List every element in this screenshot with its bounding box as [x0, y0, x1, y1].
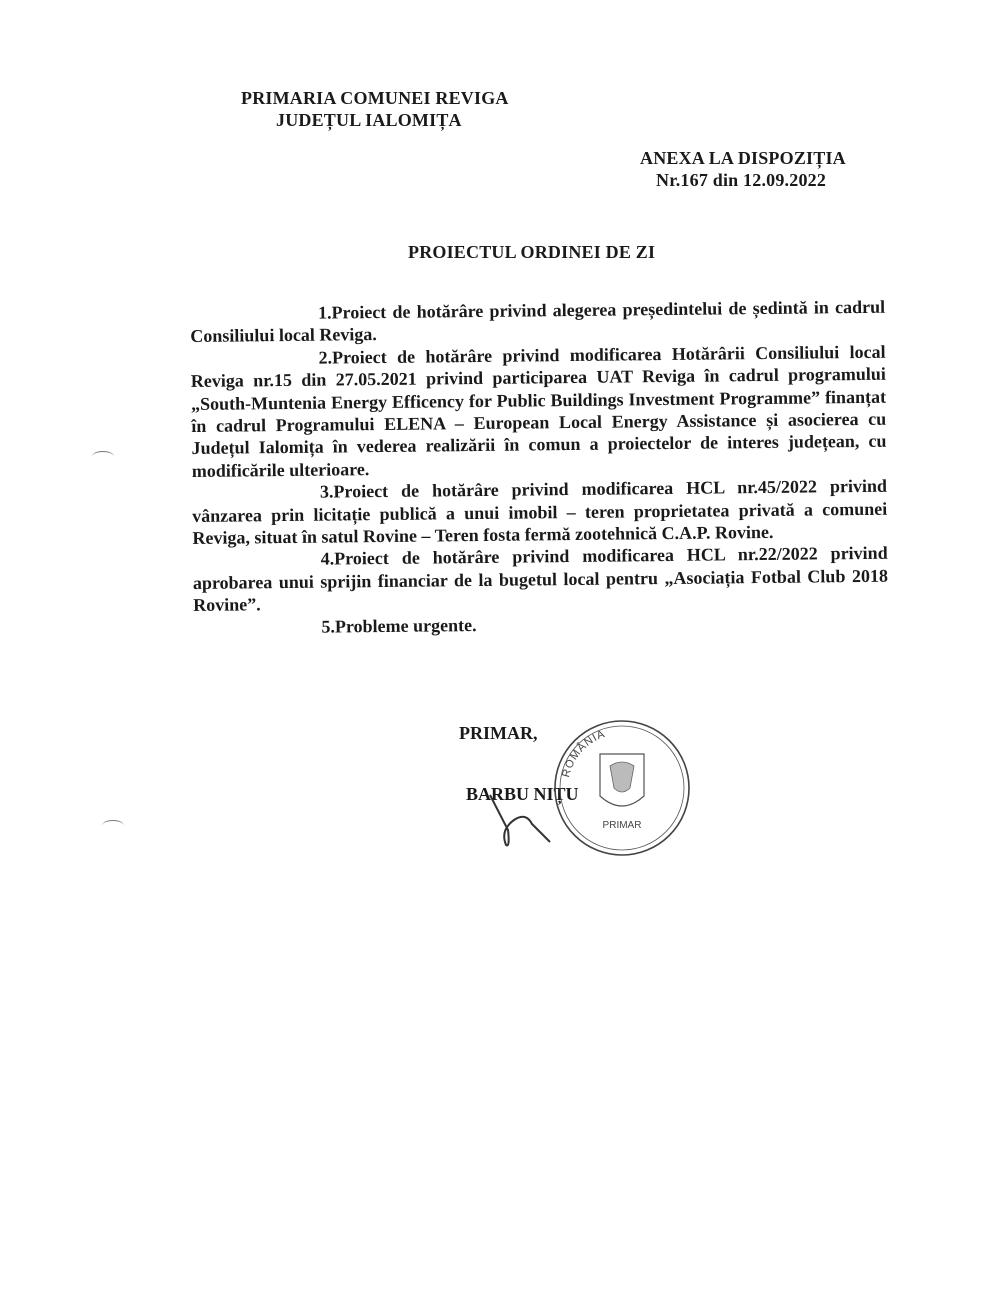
stamp-center-text: PRIMAR — [603, 820, 642, 831]
annex-label: ANEXA LA DISPOZIȚIA — [640, 148, 846, 169]
scan-margin-mark — [102, 820, 124, 831]
agenda-item: 3.Proiect de hotărâre privind modificare… — [192, 475, 888, 549]
signatory-role: PRIMAR, — [459, 723, 538, 744]
document-title: PROIECTUL ORDINEI DE ZI — [408, 242, 655, 263]
document-page: PRIMARIA COMUNEI REVIGA JUDEȚUL IALOMIȚA… — [0, 0, 1000, 1313]
coat-of-arms-icon — [600, 754, 644, 806]
agenda-item: 4.Proiect de hotărâre privind modificare… — [193, 542, 889, 616]
institution-name: PRIMARIA COMUNEI REVIGA — [241, 88, 509, 109]
agenda-item: 2.Proiect de hotărâre privind modificare… — [190, 341, 886, 483]
disposition-number: Nr.167 din 12.09.2022 — [656, 170, 826, 191]
agenda-list: 1.Proiect de hotărâre privind alegerea p… — [190, 296, 888, 639]
county-name: JUDEȚUL IALOMIȚA — [276, 110, 462, 131]
agenda-item: 1.Proiect de hotărâre privind alegerea p… — [190, 296, 885, 348]
scan-margin-mark — [92, 451, 114, 462]
official-stamp: ROMÂNIA PRIMAR — [552, 718, 692, 858]
